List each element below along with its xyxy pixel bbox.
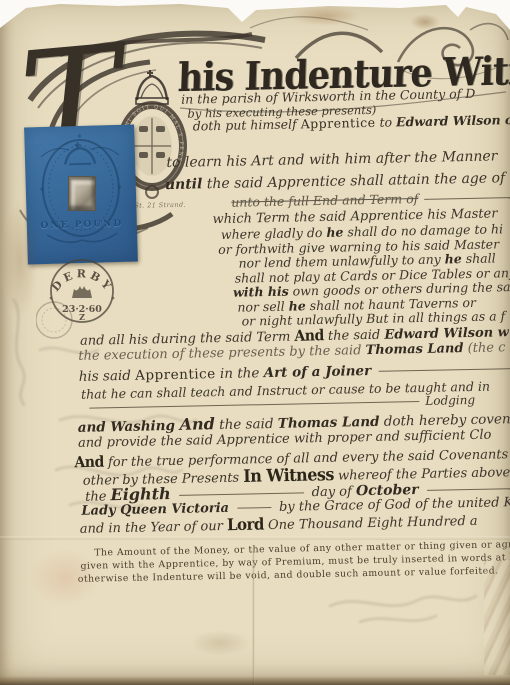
silver-security-foil: [68, 176, 96, 211]
indenture-document-photo: HONI SOIT QUI MAL Y PENSE T his Indentur…: [0, 0, 510, 685]
header-line-3: doth put himself Apprentice to Edward Wi…: [193, 114, 510, 133]
indenture-paper: HONI SOIT QUI MAL Y PENSE T his Indentur…: [0, 0, 510, 685]
body-line-2: until the said Apprentice shall attain t…: [165, 171, 506, 192]
body-line-1: to learn his Art and with him after the …: [166, 149, 497, 170]
edge-crumple: [484, 560, 510, 675]
paper-bottom-edge: [0, 676, 510, 685]
fold-crease: [0, 536, 510, 540]
postmark-crown-icon: [72, 286, 92, 298]
postmark-code: Z: [79, 312, 85, 322]
fold-crease: [252, 548, 255, 685]
one-pound-duty-stamp: ONE POUND: [24, 124, 138, 264]
derby-postmark: DERBY 23·2·60 Z: [36, 248, 136, 348]
